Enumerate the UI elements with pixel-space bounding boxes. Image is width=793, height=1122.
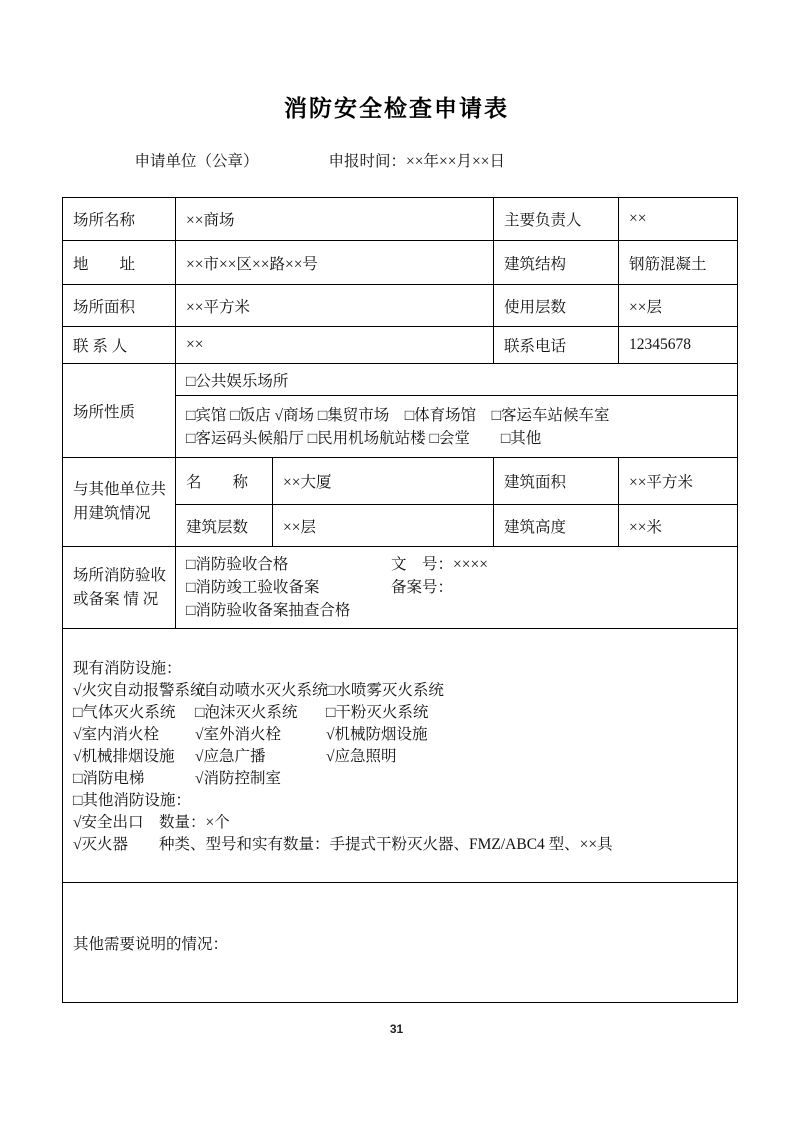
- applicant-unit-label: 申请单位（公章）: [135, 149, 259, 171]
- facility-item: √机械防烟设施: [326, 724, 731, 746]
- facility-item: [326, 790, 731, 812]
- building-height-label: 建筑高度: [494, 505, 619, 547]
- safety-exit-line: √安全出口 数量：×个: [73, 812, 731, 834]
- facility-item: √机械排烟设施: [73, 746, 195, 768]
- facility-item: □泡沫灭火系统: [195, 702, 326, 724]
- row-shared-building-1: 与其他单位共 用建筑情况 名 称 ××大厦 建筑面积 ××平方米: [63, 458, 738, 505]
- building-floors-label: 建筑层数: [176, 505, 273, 547]
- facility-item: √自动喷水灭火系统: [195, 680, 326, 702]
- venue-type-options-line-1: □宾馆 □饭店 √商场 □集贸市场 □体育场馆 □客运车站候车室: [186, 404, 731, 427]
- building-structure-label: 建筑结构: [494, 241, 619, 285]
- row-remarks: 其他需要说明的情况：: [63, 883, 738, 1003]
- floors-used-value: ××层: [619, 285, 738, 327]
- page-title: 消防安全检查申请表: [0, 0, 793, 123]
- shared-building-name-label: 名 称: [176, 458, 273, 505]
- facilities-row: □其他消防设施：: [73, 790, 731, 812]
- contact-person-label: 联 系 人: [63, 327, 176, 364]
- row-fire-acceptance: 场所消防验收 或备案 情 况 □消防验收合格 □消防竣工验收备案 □消防验收备案…: [63, 547, 738, 629]
- row-venue-type-1: 场所性质 □公共娱乐场所: [63, 364, 738, 396]
- venue-name-label: 场所名称: [63, 198, 176, 241]
- facilities-row: □消防电梯 √消防控制室: [73, 768, 731, 790]
- row-venue-name: 场所名称 ××商场 主要负责人 ××: [63, 198, 738, 241]
- remarks-label: 其他需要说明的情况：: [63, 883, 738, 1003]
- document-page: 消防安全检查申请表 申请单位（公章）申报时间：××年××月××日 场所名称 ××…: [0, 0, 793, 1122]
- contact-phone-label: 联系电话: [494, 327, 619, 364]
- facility-item: √室内消火栓: [73, 724, 195, 746]
- facility-item: □水喷雾灭火系统: [326, 680, 731, 702]
- acceptance-option-completion-record: □消防竣工验收备案: [186, 576, 391, 599]
- facilities-row: √室内消火栓 √室外消火栓 √机械防烟设施: [73, 724, 731, 746]
- facility-item: √室外消火栓: [195, 724, 326, 746]
- building-area-value: ××平方米: [619, 458, 738, 505]
- building-height-value: ××米: [619, 505, 738, 547]
- address-label: 地 址: [63, 241, 176, 285]
- acceptance-document-number: 文 号：××××: [391, 553, 488, 576]
- row-contact: 联 系 人 ×× 联系电话 12345678: [63, 327, 738, 364]
- page-number: 31: [0, 1022, 793, 1036]
- contact-person-value: ××: [176, 327, 494, 364]
- form-subheader: 申请单位（公章）申报时间：××年××月××日: [119, 131, 793, 189]
- venue-area-label: 场所面积: [63, 285, 176, 327]
- floors-used-label: 使用层数: [494, 285, 619, 327]
- facility-item: [326, 768, 731, 790]
- shared-building-name-value: ××大厦: [273, 458, 494, 505]
- facilities-section-title: 现有消防设施：: [73, 658, 731, 680]
- acceptance-option-passed: □消防验收合格: [186, 553, 391, 576]
- application-date-label: 申报时间：××年××月××日: [329, 153, 505, 170]
- facility-item: □其他消防设施：: [73, 790, 195, 812]
- facility-item: √消防控制室: [195, 768, 326, 790]
- venue-area-value: ××平方米: [176, 285, 494, 327]
- facility-item: □干粉灭火系统: [326, 702, 731, 724]
- building-area-label: 建筑面积: [494, 458, 619, 505]
- address-value: ××市××区××路××号: [176, 241, 494, 285]
- row-address: 地 址 ××市××区××路××号 建筑结构 钢筋混凝土: [63, 241, 738, 285]
- facility-item: √应急照明: [326, 746, 731, 768]
- contact-phone-value: 12345678: [619, 327, 738, 364]
- facility-item: [195, 790, 326, 812]
- venue-type-label: 场所性质: [63, 364, 176, 458]
- facility-item: √火灾自动报警系统: [73, 680, 195, 702]
- facilities-row: √火灾自动报警系统 √自动喷水灭火系统 □水喷雾灭火系统: [73, 680, 731, 702]
- principal-value: ××: [619, 198, 738, 241]
- fire-acceptance-content: □消防验收合格 □消防竣工验收备案 □消防验收备案抽查合格 文 号：×××× 备…: [186, 553, 731, 622]
- acceptance-record-number: 备案号：: [391, 576, 488, 599]
- building-structure-value: 钢筋混凝土: [619, 241, 738, 285]
- facility-item: □消防电梯: [73, 768, 195, 790]
- application-form-table: 场所名称 ××商场 主要负责人 ×× 地 址 ××市××区××路××号 建筑结构…: [62, 197, 738, 1003]
- facilities-row: √机械排烟设施 √应急广播 √应急照明: [73, 746, 731, 768]
- row-venue-area: 场所面积 ××平方米 使用层数 ××层: [63, 285, 738, 327]
- facility-item: □气体灭火系统: [73, 702, 195, 724]
- facilities-row: □气体灭火系统 □泡沫灭火系统 □干粉灭火系统: [73, 702, 731, 724]
- acceptance-option-spot-check-passed: □消防验收备案抽查合格: [186, 599, 391, 622]
- building-floors-value: ××层: [273, 505, 494, 547]
- fire-acceptance-label: 场所消防验收 或备案 情 况: [63, 547, 176, 629]
- extinguisher-line: √灭火器 种类、型号和实有数量：手提式干粉灭火器、FMZ/ABC4 型、××具: [73, 834, 731, 856]
- venue-type-options-line-2: □客运码头候船厅 □民用机场航站楼 □会堂 □其他: [186, 427, 731, 450]
- row-existing-facilities: 现有消防设施： √火灾自动报警系统 √自动喷水灭火系统 □水喷雾灭火系统 □气体…: [63, 629, 738, 883]
- venue-type-option-public-entertainment: □公共娱乐场所: [176, 364, 738, 396]
- principal-label: 主要负责人: [494, 198, 619, 241]
- venue-name-value: ××商场: [176, 198, 494, 241]
- shared-building-label: 与其他单位共 用建筑情况: [63, 458, 176, 547]
- facility-item: √应急广播: [195, 746, 326, 768]
